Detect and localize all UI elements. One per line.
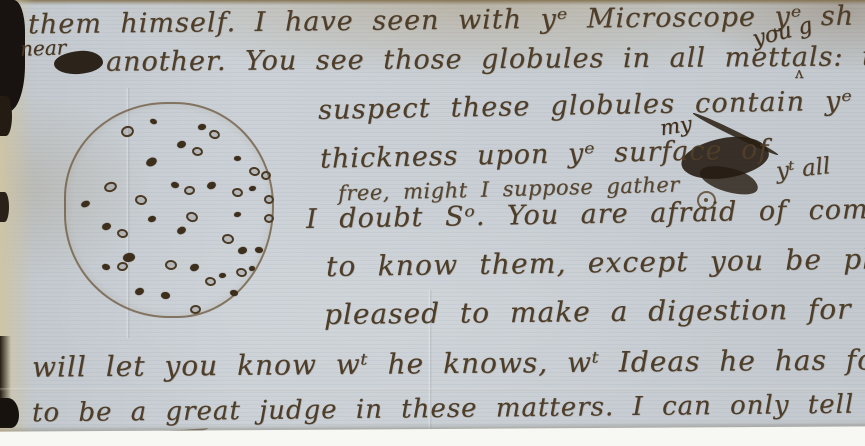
manuscript-line-3: suspect these globules contain yᵉ f — [318, 85, 865, 126]
interlinear-insertion-near: near — [20, 35, 67, 61]
circle-outline — [64, 102, 274, 318]
insertion-caret: ʌ — [795, 64, 803, 82]
interlinear-insertion-yt-all: yᵗ all — [775, 153, 832, 185]
globule-dot — [264, 214, 274, 223]
manuscript-line-8: pleased to make a digestion for hi — [324, 292, 865, 331]
manuscript-line-9: will let you know wᵗ he knows, wᵗ Ideas … — [32, 343, 865, 383]
scan-bottom-edge — [0, 426, 865, 446]
globule-dot — [263, 194, 274, 204]
globule-dot — [234, 156, 241, 161]
manuscript-page: them himself. I have seen with yᵉ Micros… — [0, 0, 865, 446]
manuscript-line-2: another. You see those globules in all m… — [106, 41, 865, 77]
globule-dot — [164, 259, 177, 270]
manuscript-line-10: to be a great judge in these matters. I … — [32, 390, 855, 429]
manuscript-line-7: to know them, except you be plea — [326, 242, 865, 283]
torn-edge-fragment — [0, 96, 12, 136]
globule-diagram — [64, 102, 274, 318]
manuscript-line-1: them himself. I have seen with yᵉ Micros… — [28, 1, 854, 41]
torn-edge-nub — [0, 192, 9, 222]
interlinear-insertion-my: my — [658, 112, 693, 141]
